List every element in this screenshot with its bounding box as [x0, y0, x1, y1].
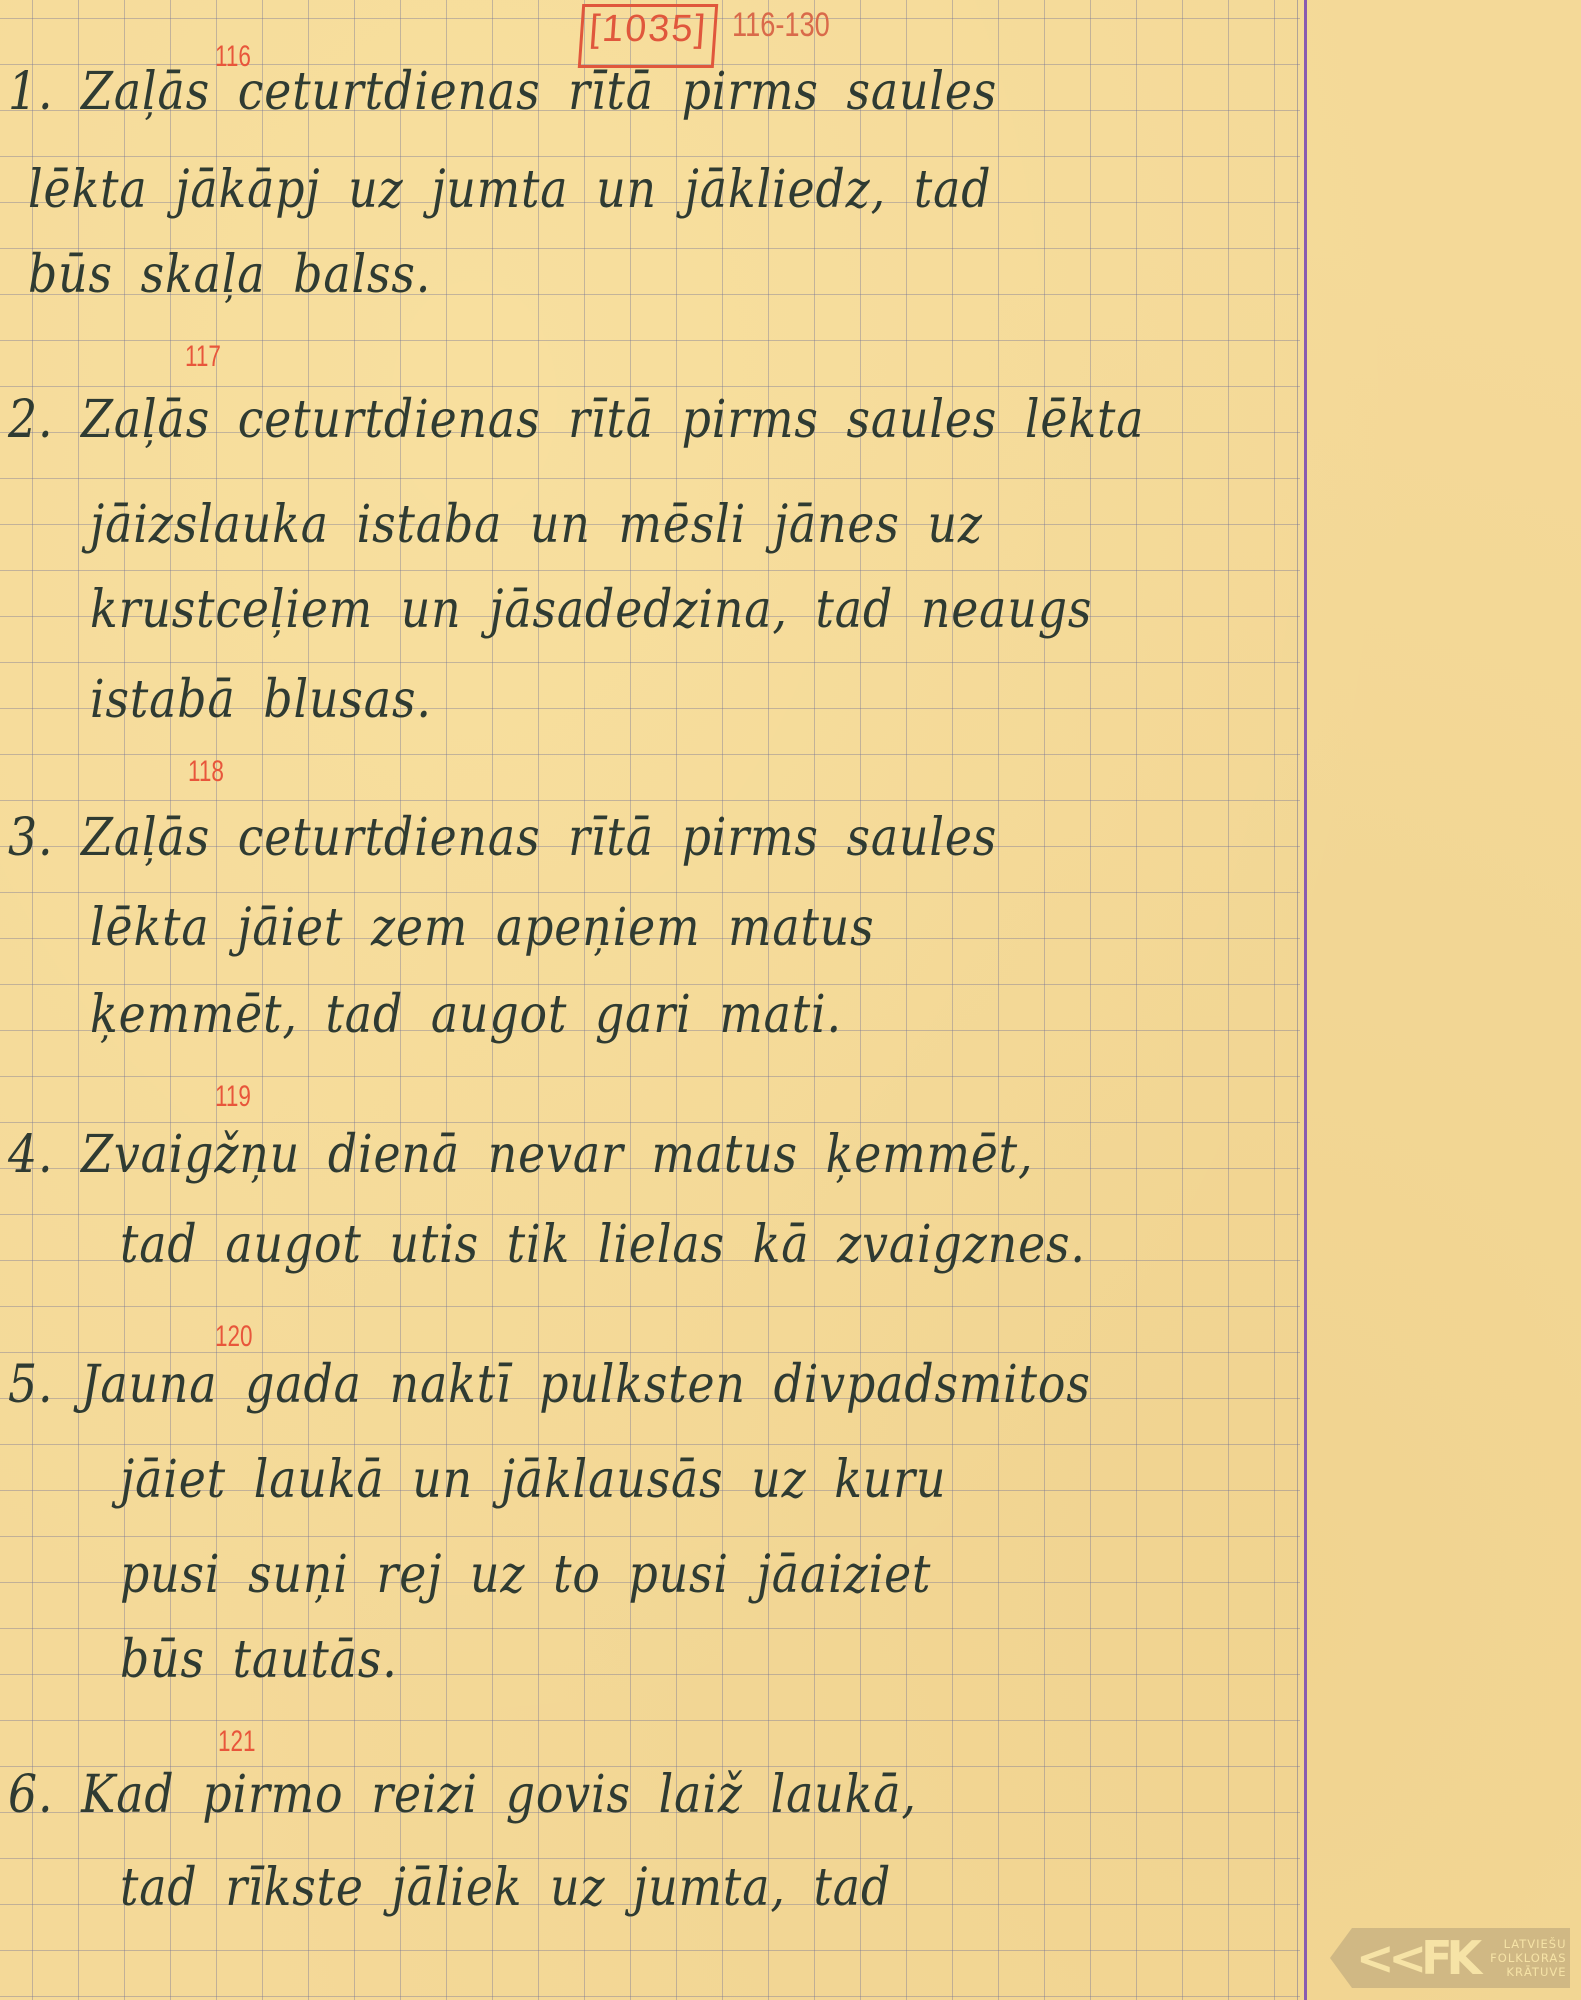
entry-line: 4. Zvaigžņu dienā nevar matus ķemmēt,: [8, 1125, 1033, 1185]
logo-text-line: KRĀTUVE: [1490, 1965, 1566, 1979]
grid-edge-line: [1297, 0, 1298, 2000]
entry-index: 2.: [8, 390, 53, 450]
entry-line: lēkta jāiet zem apeņiem matus: [90, 898, 875, 958]
chevron-fk-logo-icon: <<FK: [1356, 1931, 1476, 1985]
entry-line: jāiet laukā un jāklausās uz kuru: [120, 1450, 946, 1510]
entry-line: pusi suņi rej uz to pusi jāaiziet: [120, 1545, 931, 1605]
catalog-number: 121: [218, 1725, 256, 1759]
item-range: 116-130: [732, 6, 830, 45]
archive-logo: <<FK LATVIEŠU FOLKLORAS KRĀTUVE: [1330, 1928, 1570, 1988]
entry-line: 6. Kad pirmo reizi govis laiž laukā,: [8, 1765, 917, 1825]
entry-index: 3.: [8, 808, 53, 868]
catalog-number: 119: [215, 1080, 251, 1114]
entry-line: 5. Jauna gada naktī pulksten divpadsmito…: [8, 1355, 1091, 1415]
entry-index: 4.: [8, 1125, 53, 1185]
catalog-number: 120: [215, 1320, 253, 1354]
margin-line: [1304, 0, 1307, 2000]
entry-text: Kad pirmo reizi govis laiž laukā,: [81, 1765, 917, 1825]
entry-line: 2. Zaļās ceturtdienas rītā pirms saules …: [8, 390, 1144, 450]
entry-line: 1. Zaļās ceturtdienas rītā pirms saules: [8, 62, 997, 122]
entry-text: Zaļās ceturtdienas rītā pirms saules lēk…: [81, 390, 1144, 450]
entry-text: Jauna gada naktī pulksten divpadsmitos: [81, 1355, 1091, 1415]
entry-line: lēkta jākāpj uz jumta un jākliedz, tad: [28, 160, 991, 220]
logo-text: LATVIEŠU FOLKLORAS KRĀTUVE: [1490, 1937, 1566, 1979]
entry-line: būs tautās.: [120, 1630, 398, 1690]
entry-line: 3. Zaļās ceturtdienas rītā pirms saules: [8, 808, 997, 868]
entry-index: 5.: [8, 1355, 53, 1415]
entry-line: krustceļiem un jāsadedzina, tad neaugs: [90, 580, 1092, 640]
catalog-number: 118: [188, 755, 224, 789]
archive-number-value: 1035: [601, 8, 696, 50]
catalog-number: 117: [185, 340, 221, 374]
entry-line: tad rīkste jāliek uz jumta, tad: [120, 1858, 891, 1918]
entry-line: būs skaļa balss.: [28, 245, 431, 305]
logo-text-line: LATVIEŠU: [1490, 1937, 1566, 1951]
logo-text-line: FOLKLORAS: [1490, 1951, 1566, 1965]
archive-number: [1035]: [580, 4, 716, 68]
entry-text: Zaļās ceturtdienas rītā pirms saules: [81, 62, 997, 122]
entry-line: jāizslauka istaba un mēsli jānes uz: [90, 495, 983, 555]
entry-text: Zaļās ceturtdienas rītā pirms saules: [81, 808, 997, 868]
manuscript-page: [1035] 116-130 116 1. Zaļās ceturtdienas…: [0, 0, 1581, 2000]
entry-text: Zvaigžņu dienā nevar matus ķemmēt,: [81, 1125, 1033, 1185]
entry-line: istabā blusas.: [90, 670, 432, 730]
entry-index: 6.: [8, 1765, 53, 1825]
entry-line: ķemmēt, tad augot gari mati.: [90, 985, 842, 1045]
entry-line: tad augot utis tik lielas kā zvaigznes.: [120, 1215, 1086, 1275]
entry-index: 1.: [8, 62, 53, 122]
